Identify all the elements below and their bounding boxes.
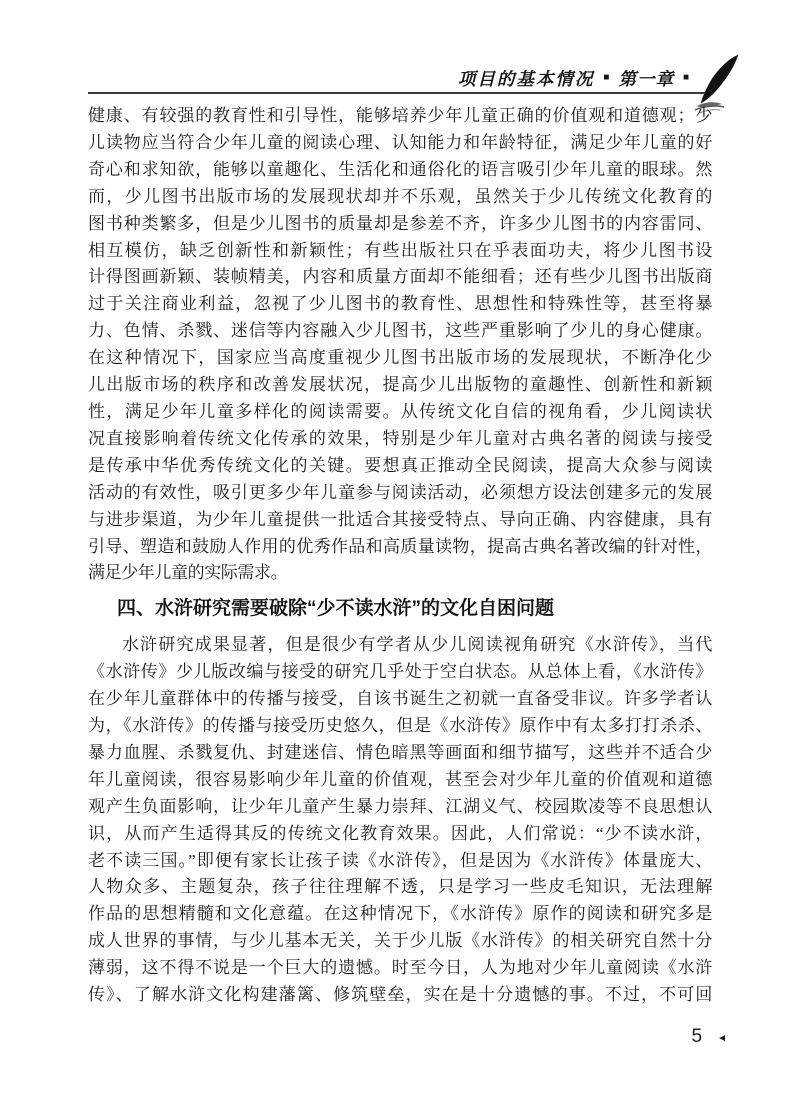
text-line: 满足少年儿童的实际需求。	[88, 560, 712, 587]
text-line: 人物众多、主题复杂，孩子往往理解不透，只是学习一些皮毛知识，无法理解	[88, 874, 712, 901]
section-heading: 四、水浒研究需要破除“少不读水浒”的文化自困问题	[117, 595, 712, 622]
text-line: 健康、有较强的教育性和引导性，能够培养少年儿童正确的价值观和道德观；少	[88, 103, 712, 130]
running-head-section-title: 项目的基本情况	[458, 66, 595, 91]
text-line: 在少年儿童群体中的传播与接受，自该书诞生之初就一直备受非议。许多学者认	[88, 686, 712, 713]
text-line: 相互模仿，缺乏创新性和新颖性；有些出版社只在乎表面功夫，将少儿图书设	[88, 238, 712, 265]
paragraph-2: 水浒研究成果显著，但是很少有学者从少儿阅读视角研究《水浒传》，当代《水浒传》少儿…	[88, 632, 712, 1009]
text-line: 为，《水浒传》的传播与接受历史悠久，但是《水浒传》原作中有太多打打杀杀、	[88, 713, 712, 740]
header-rule	[88, 92, 705, 94]
text-line: 计得图画新颖、装帧精美，内容和质量方面却不能细看；还有些少儿图书出版商	[88, 264, 712, 291]
square-separator-icon: ■	[683, 73, 689, 83]
text-line: 观产生负面影响，让少年儿童产生暴力崇拜、江湖义气、校园欺凌等不良思想认	[88, 794, 712, 821]
text-line: 过于关注商业利益，忽视了少儿图书的教育性、思想性和特殊性等，甚至将暴	[88, 291, 712, 318]
page-number: 5	[692, 1026, 703, 1048]
running-head: 项目的基本情况 ■ 第一章 ■	[458, 66, 689, 91]
text-line: 图书种类繁多，但是少儿图书的质量却是参差不齐，许多少儿图书的内容雷同、	[88, 211, 712, 238]
page-body: 健康、有较强的教育性和引导性，能够培养少年儿童正确的价值观和道德观；少儿读物应当…	[88, 103, 712, 1009]
text-line: 作品的思想精髓和文化意蕴。在这种情况下，《水浒传》原作的阅读和研究多是	[88, 901, 712, 928]
square-separator-icon: ■	[603, 73, 609, 83]
text-line: 传》、了解水浒文化构建藩篱、修筑壁垒，实在是十分遗憾的事。不过，不可回	[88, 982, 712, 1009]
text-line: 在这种情况下，国家应当高度重视少儿图书出版市场的发展现状，不断净化少	[88, 345, 712, 372]
text-line: 活动的有效性，吸引更多少年儿童参与阅读活动，必须想方设法创建多元的发展	[88, 480, 712, 507]
text-line: 年儿童阅读，很容易影响少年儿童的价值观，甚至会对少年儿童的价值观和道德	[88, 767, 712, 794]
left-triangle-icon: ◄	[717, 1033, 727, 1044]
text-line: 性，满足少年儿童多样化的阅读需要。从传统文化自信的视角看，少儿阅读状	[88, 399, 712, 426]
page-footer: 5 ◄	[692, 1026, 727, 1048]
text-line: 况直接影响着传统文化传承的效果，特别是少年儿童对古典名著的阅读与接受	[88, 426, 712, 453]
text-line: 引导、塑造和鼓励人作用的优秀作品和高质量读物，提高古典名著改编的针对性，	[88, 534, 712, 561]
book-page: 项目的基本情况 ■ 第一章 ■ 健康、有较强的教育性和引导性，能够培养少年儿童正…	[0, 0, 799, 1118]
text-line: 《水浒传》少儿版改编与接受的研究几乎处于空白状态。从总体上看，《水浒传》	[88, 659, 712, 686]
text-line: 与进步渠道，为少年儿童提供一批适合其接受特点、导向正确、内容健康，具有	[88, 507, 712, 534]
paragraph-1: 健康、有较强的教育性和引导性，能够培养少年儿童正确的价值观和道德观；少儿读物应当…	[88, 103, 712, 587]
text-line: 而，少儿图书出版市场的发展现状却并不乐观，虽然关于少儿传统文化教育的	[88, 184, 712, 211]
text-line: 儿出版市场的秩序和改善发展状况，提高少儿出版物的童趣性、创新性和新颖	[88, 372, 712, 399]
text-line: 薄弱，这不得不说是一个巨大的遗憾。时至今日，人为地对少年儿童阅读《水浒	[88, 955, 712, 982]
text-line: 水浒研究成果显著，但是很少有学者从少儿阅读视角研究《水浒传》，当代	[88, 632, 712, 659]
text-line: 老不读三国。”即便有家长让孩子读《水浒传》，但是因为《水浒传》体量庞大、	[88, 848, 712, 875]
text-line: 识，从而产生适得其反的传统文化教育效果。因此，人们常说：“少不读水浒，	[88, 821, 712, 848]
text-line: 奇心和求知欲，能够以童趣化、生活化和通俗化的语言吸引少年儿童的眼球。然	[88, 157, 712, 184]
text-line: 儿读物应当符合少年儿童的阅读心理、认知能力和年龄特征，满足少年儿童的好	[88, 130, 712, 157]
text-line: 力、色情、杀戮、迷信等内容融入少儿图书，这些严重影响了少儿的身心健康。	[88, 318, 712, 345]
text-line: 成人世界的事情，与少儿基本无关，关于少儿版《水浒传》的相关研究自然十分	[88, 928, 712, 955]
running-head-chapter: 第一章	[618, 66, 674, 91]
text-line: 暴力血腥、杀戮复仇、封建迷信、情色暗黑等画面和细节描写，这些并不适合少	[88, 740, 712, 767]
text-line: 是传承中华优秀传统文化的关键。要想真正推动全民阅读，提高大众参与阅读	[88, 453, 712, 480]
